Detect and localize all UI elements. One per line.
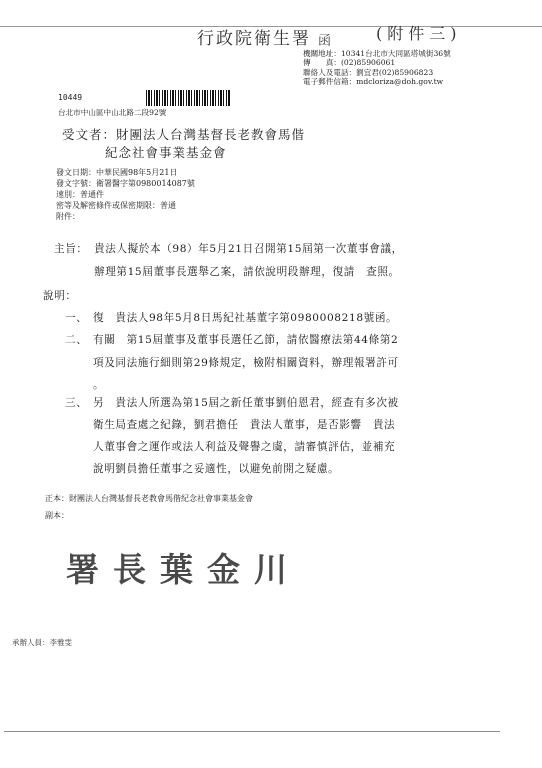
barcode (146, 90, 230, 106)
item-1-line-1: 復 貴法人98年5月8日馬紀社基董字第0980008218號函。 (93, 310, 397, 325)
recipient-name-1: 財團法人台灣基督長老教會馬偕 (116, 127, 305, 142)
document-type: 函 (318, 30, 331, 49)
attachment-mark: (附件三) (376, 21, 462, 44)
subject-label: 主旨： (54, 241, 88, 256)
issue-number: 發文字號：衛署醫字第0980014087號 (56, 178, 195, 189)
item-2-line-2: 項及同法施行細則第29條規定，檢附相關資料，辦理報署許可 (93, 355, 399, 370)
signature-stamp: 署長葉金川 (66, 544, 301, 591)
contact-fax: 傳 真：(02)85906061 (303, 58, 451, 67)
subject-line-1: 貴法人擬於本（98）年5月21日召開第15屆第一次董事會議， (94, 241, 403, 256)
agency-title: 行政院衛生署 (197, 24, 311, 49)
security-level: 密等及解密條件或保密期限：普通 (56, 200, 195, 211)
meta-block: 發文日期：中華民國98年5月21日 發文字號：衛署醫字第0980014087號 … (56, 167, 195, 222)
zip-code: 10449 (58, 93, 82, 102)
item-3-line-1: 另 貴法人所選為第15屆之新任董事劉伯恩君，經查有多次被 (93, 395, 399, 410)
recipient-label: 受文者： (62, 127, 116, 142)
contact-address: 機關地址：10341台北市大同區塔城街36號 (303, 49, 451, 58)
item-2-line-3: 。 (93, 377, 104, 392)
issue-date: 發文日期：中華民國98年5月21日 (56, 167, 195, 178)
attachments: 附件： (56, 211, 195, 222)
recipient-name-2: 紀念社會事業基金會 (62, 144, 305, 162)
original-recipient: 正本：財團法人台灣基督長老教會馬偕紀念社會事業基金會 (45, 493, 253, 504)
explanation-label: 說明： (43, 288, 77, 303)
contact-block: 機關地址：10341台北市大同區塔城街36號 傳 真：(02)85906061 … (303, 49, 451, 87)
item-3-num: 三、 (65, 395, 87, 410)
item-2-num: 二、 (65, 332, 87, 347)
speed: 速別：普通件 (56, 189, 195, 200)
copy-recipient: 副本： (45, 510, 69, 521)
recipient: 受文者：財團法人台灣基督長老教會馬偕 紀念社會事業基金會 (62, 126, 305, 162)
subject-line-2: 辦理第15屆董事長選舉乙案，請依說明段辦理，復請 查照。 (94, 264, 400, 279)
recipient-address: 台北市中山區中山北路二段92號 (58, 107, 166, 118)
undertaker: 承辦人員：李雅雯 (12, 637, 72, 648)
item-3-line-4: 說明劉員擔任董事之妥適性，以避免前開之疑慮。 (93, 461, 339, 476)
item-3-line-3: 人董事會之運作或法人利益及聲譽之虞，請審慎評估，並補充 (93, 439, 395, 454)
bottom-scan-line (4, 731, 500, 732)
contact-email: 電子郵件信箱：mdcloriza@doh.gov.tw (303, 77, 451, 86)
item-3-line-2: 衛生局查處之紀錄，劉君擔任 貴法人董事，是否影響 貴法 (93, 417, 395, 432)
item-2-line-1: 有關 第15屆董事及董事長選任乙節，請依醫療法第44條第2 (93, 332, 398, 347)
item-1-num: 一、 (65, 310, 87, 325)
contact-person: 聯絡人及電話：劉宜君(02)85906823 (303, 68, 451, 77)
